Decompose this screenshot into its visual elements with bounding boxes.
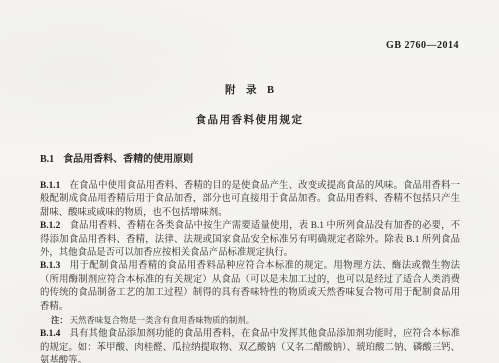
note-label: 注： — [51, 316, 68, 325]
clause-text: 食品用香料、香精在各类食品中按生产需要适量使用，表 B.1 中所列食品没有加香的… — [40, 221, 460, 258]
section-heading: B.1食品用香料、香精的使用原则 — [40, 150, 193, 165]
appendix-title: 附 录 B — [0, 82, 499, 97]
body-text: B.1.1在食品中使用食品用香料、香精的目的是使食品产生、改变或提高食品的风味。… — [40, 180, 460, 363]
clause-note: 注：天然香味复合物是一类含有食用香味物质的制剂。 — [51, 315, 460, 327]
clause-text: 在食品中使用食品用香料、香精的目的是使食品产生、改变或提高食品的风味。食品用香料… — [40, 181, 460, 218]
note-text: 天然香味复合物是一类含有食用香味物质的制剂。 — [70, 316, 254, 325]
clause-text: 具有其他食品添加剂功能的食品用香料，在食品中发挥其他食品添加剂功能时，应符合本标… — [40, 329, 460, 363]
clause-number: B.1.3 — [40, 261, 60, 271]
clause-number: B.1.2 — [40, 221, 60, 231]
clause-number: B.1.4 — [40, 329, 60, 339]
clause-text: 用于配制食品用香精的食品用香料品种应符合本标准的规定。用物理方法、酶法或微生物法… — [40, 261, 460, 311]
standard-number: GB 2760—2014 — [386, 40, 459, 51]
clause-number: B.1.1 — [40, 181, 60, 191]
section-title: 食品用香料、香精的使用原则 — [63, 154, 193, 165]
section-number: B.1 — [40, 154, 54, 165]
clause-b1-4: B.1.4具有其他食品添加剂功能的食品用香料，在食品中发挥其他食品添加剂功能时，… — [40, 328, 460, 363]
document-title: 食品用香料使用规定 — [0, 112, 499, 127]
document-page: GB 2760—2014 附 录 B 食品用香料使用规定 B.1食品用香料、香精… — [0, 0, 499, 363]
clause-b1-3: B.1.3用于配制食品用香精的食品用香料品种应符合本标准的规定。用物理方法、酶法… — [40, 260, 460, 314]
clause-b1-2: B.1.2食品用香料、香精在各类食品中按生产需要适量使用，表 B.1 中所列食品… — [40, 220, 460, 260]
clause-b1-1: B.1.1在食品中使用食品用香料、香精的目的是使食品产生、改变或提高食品的风味。… — [40, 180, 460, 220]
